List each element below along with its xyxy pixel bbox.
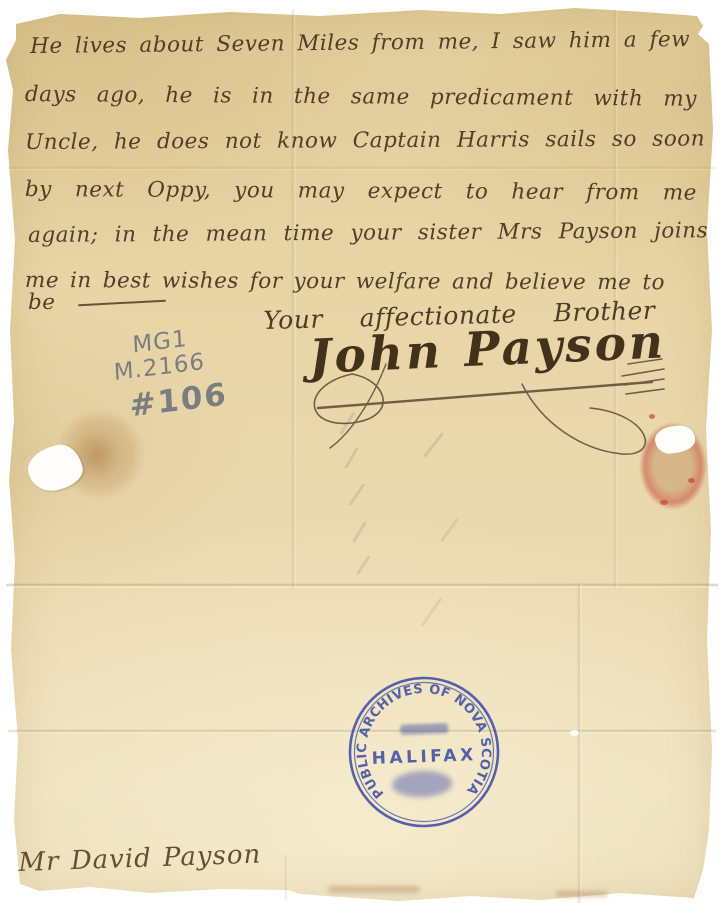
letter-line: again; in the mean time your sister Mrs …	[28, 218, 708, 248]
paper-nick-center	[570, 730, 579, 736]
pencil-archival-reference: MG1 M.2166 #106	[112, 322, 229, 425]
stamp-center-text: HALIFAX	[371, 745, 477, 769]
letter-line: be	[28, 290, 88, 315]
fold-line-horizontal-middle	[6, 583, 718, 588]
red-wax-speck	[688, 478, 695, 483]
stamp-smudge-top	[400, 723, 448, 735]
fold-line-horizontal-top	[8, 166, 716, 171]
signature-flourish	[290, 352, 680, 472]
letter-line: days ago, he is in the same predicament …	[25, 82, 697, 112]
letter-line: by next Oppy, you may expect to hear fro…	[25, 177, 697, 206]
fold-line-vertical-bottom-left	[284, 855, 289, 900]
bottom-edge-smudge	[556, 891, 608, 897]
letter-line: me in best wishes for your welfare and b…	[25, 268, 665, 295]
bottom-edge-smudge	[328, 886, 420, 893]
fold-line-vertical-right-bottom	[577, 583, 582, 903]
stamp-smudge-bottom	[392, 770, 453, 798]
letter-line: Uncle, he does not know Captain Harris s…	[25, 126, 705, 155]
archive-stamp: PUBLIC ARCHIVES OF NOVA SCOTIA HALIFAX	[344, 670, 504, 834]
red-wax-speck	[660, 500, 668, 505]
scanned-letter-page: He lives about Seven Miles from me, I sa…	[0, 0, 724, 914]
